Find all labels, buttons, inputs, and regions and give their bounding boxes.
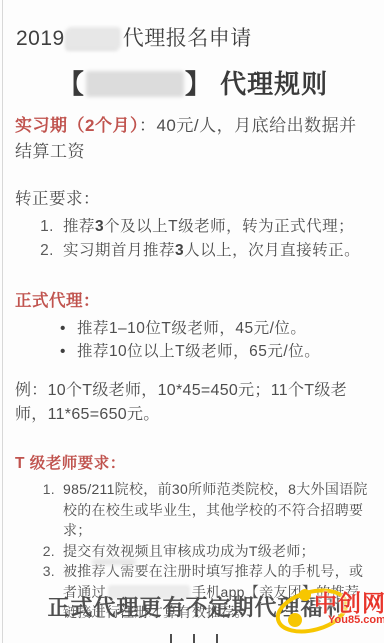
page-title-year: 2019 — [16, 27, 65, 50]
promotion-heading: 转正要求： — [15, 185, 372, 209]
list-item: 1. 推荐3个及以上T级老师，转为正式代理； — [14, 215, 372, 239]
list-item-number: 1. — [40, 479, 55, 541]
internship-paragraph: 实习期（2个月）：40元/人，月底给出数据并结算工资 — [15, 113, 372, 165]
list-item-text: 推荐1–10位T级老师，45元/位。 — [77, 317, 307, 340]
item-text-pre: 实习期首月推荐 — [63, 242, 175, 259]
list-item: 2. 提交有效视频且审核成功成为T级老师； — [14, 541, 372, 562]
list-item: 1. 985/211院校，前30所师范类院校，8大外国语院校的在校生或毕业生，其… — [14, 479, 372, 541]
list-item-text: 实习期首月推荐3人以上，次月直接转正。 — [63, 239, 372, 263]
list-item: • 推荐1–10位T级老师，45元/位。 — [14, 317, 372, 340]
list-item-number: 2. — [36, 239, 54, 263]
arrow-tick — [216, 634, 218, 643]
list-item: • 推荐10位以上T级老师，65元/位。 — [14, 340, 372, 363]
list-item-text: 推荐3个及以上T级老师，转为正式代理； — [63, 215, 372, 239]
watermark-site-url: You85.com — [328, 614, 384, 626]
rules-heading-text: 代理规则 — [212, 69, 328, 99]
list-item-number: 2. — [40, 541, 55, 562]
formal-bullet-list: • 推荐1–10位T级老师，45元/位。 • 推荐10位以上T级老师，65元/位… — [14, 317, 372, 363]
list-item-text: 推荐10位以上T级老师，65元/位。 — [77, 340, 320, 363]
internship-colon: ： — [139, 116, 157, 135]
bullet-icon: • — [60, 317, 66, 340]
promotion-list: 1. 推荐3个及以上T级老师，转为正式代理； 2. 实习期首月推荐3人以上，次月… — [14, 215, 372, 263]
item-text-post: 个及以上T级老师，转为正式代理； — [104, 218, 354, 235]
censor-smudge — [92, 559, 136, 565]
item-text-post: 人以上，次月直接转正。 — [184, 242, 360, 259]
article-body: 2019代理报名申请 【】 代理规则 实习期（2个月）：40元/人，月底给出数据… — [0, 0, 384, 623]
list-item-text: 提交有效视频且审核成功成为T级老师； — [63, 541, 372, 562]
list-item-number: 1. — [36, 215, 54, 239]
internship-label: 实习期（2个月） — [15, 116, 139, 135]
example-paragraph: 例：10个T级老师，10*45=450元；11个T级老师，11*65=650元。 — [15, 379, 372, 427]
page-title-text: 代理报名申请 — [123, 27, 252, 50]
page-title: 2019代理报名申请 — [16, 22, 372, 52]
bracket-open: 【 — [58, 69, 85, 99]
item-text-pre: 推荐 — [63, 218, 95, 235]
item-text-bold: 3 — [95, 218, 104, 235]
rules-heading: 【】 代理规则 — [14, 64, 372, 101]
teacher-requirements-heading: T 级老师要求： — [15, 451, 372, 473]
censored-brand-blur-2 — [86, 71, 184, 97]
arrow-tick — [193, 634, 195, 643]
item-text-bold: 3 — [175, 242, 184, 259]
censored-brand-blur — [67, 27, 121, 49]
bullet-icon: • — [60, 340, 66, 363]
list-item: 2. 实习期首月推荐3人以上，次月直接转正。 — [14, 239, 372, 263]
cutoff-arrow-ticks — [170, 634, 218, 643]
arrow-tick — [170, 634, 172, 643]
list-item-text: 985/211院校，前30所师范类院校，8大外国语院校的在校生或毕业生，其他学校… — [63, 479, 372, 541]
bracket-close: 】 — [185, 69, 212, 99]
site-watermark: 中创网 You85.com — [274, 583, 384, 641]
formal-agent-heading: 正式代理： — [15, 287, 372, 311]
